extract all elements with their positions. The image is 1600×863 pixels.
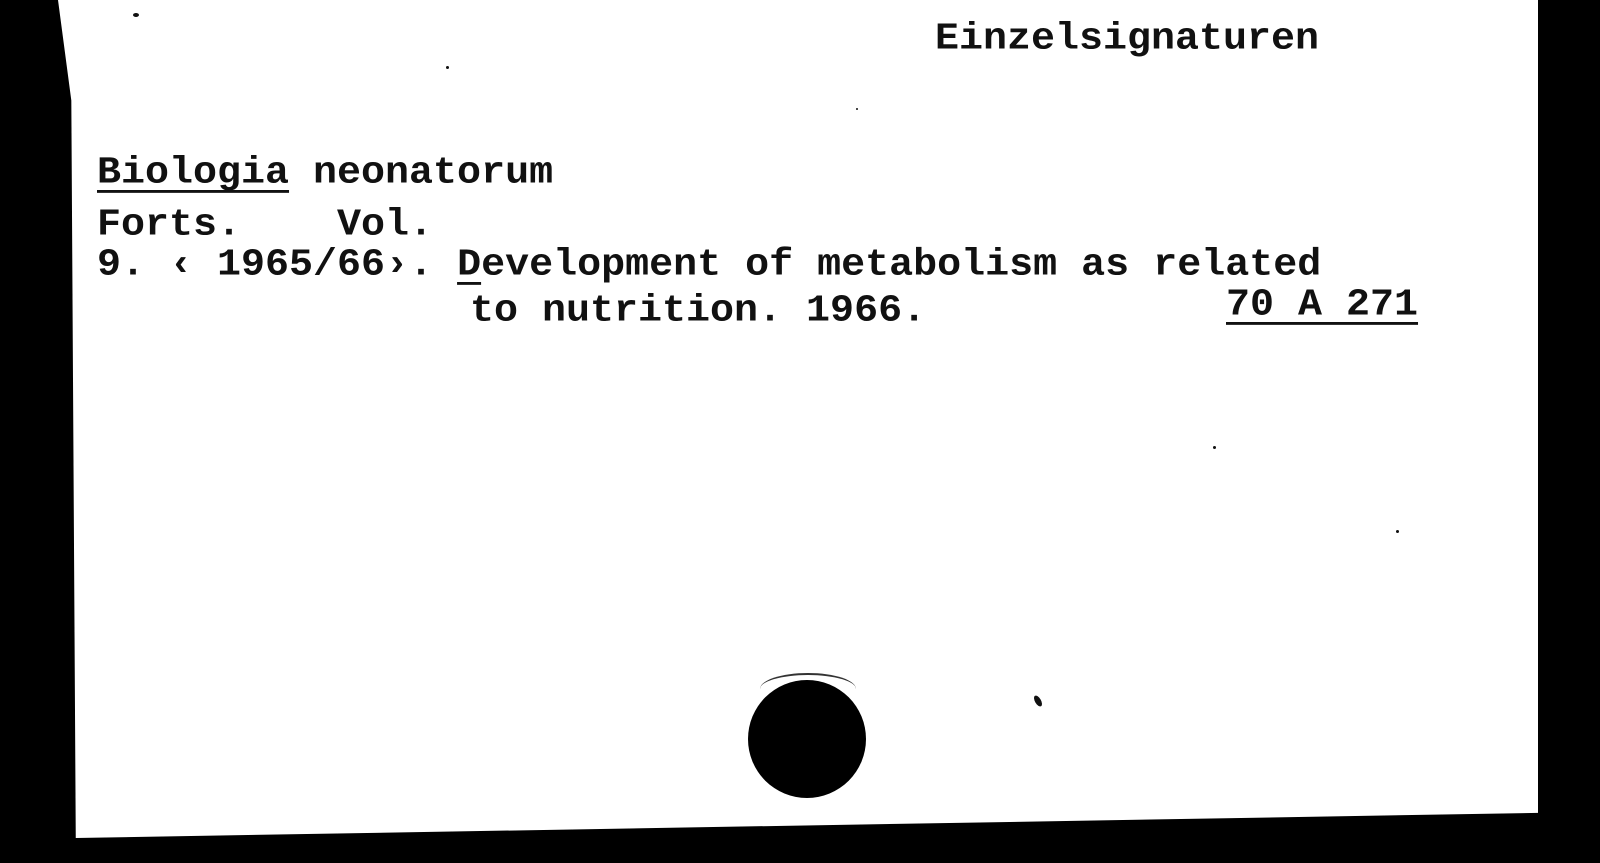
volume-title-continuation: to nutrition. 1966. bbox=[470, 290, 926, 334]
volume-number: 9. ‹ 1965/66›. bbox=[97, 244, 457, 287]
volume-entry-line: 9. ‹ 1965/66›. Development of metabolism… bbox=[97, 244, 1321, 288]
ink-speck bbox=[1213, 446, 1216, 449]
call-number: 70 A 271 bbox=[1226, 284, 1418, 328]
ink-speck bbox=[133, 13, 139, 17]
punch-hole bbox=[748, 680, 866, 798]
scanned-card-image: Einzelsignaturen Biologia neonatorum For… bbox=[0, 0, 1600, 863]
series-title-underlined: Biologia bbox=[97, 152, 289, 195]
ink-speck bbox=[446, 66, 449, 69]
volume-title-initial: D bbox=[457, 244, 481, 287]
card-header: Einzelsignaturen bbox=[935, 18, 1319, 62]
series-title-rest: neonatorum bbox=[289, 152, 553, 195]
series-title-line: Biologia neonatorum bbox=[97, 152, 553, 196]
ink-speck bbox=[1396, 530, 1399, 533]
ink-speck bbox=[856, 108, 858, 110]
volume-title: evelopment of metabolism as related bbox=[481, 244, 1321, 287]
continuation-line: Forts. Vol. bbox=[97, 204, 433, 248]
